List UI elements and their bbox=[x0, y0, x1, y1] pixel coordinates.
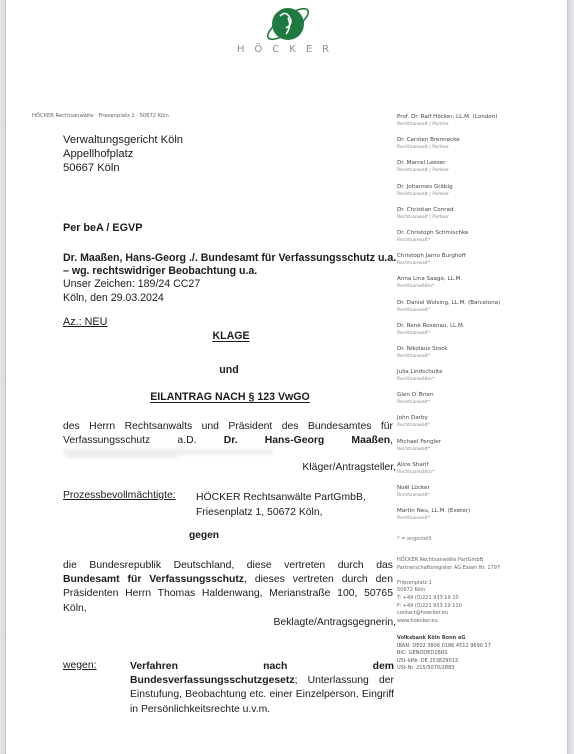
lawyer-list: Prof. Dr. Ralf Höcker, LL.M. (London)Rec… bbox=[397, 113, 557, 530]
lawyer-name: Dr. Carsten Brennecke bbox=[397, 136, 557, 144]
lawyer-entry: Dr. Marcel LeeserRechtsanwalt | Partner bbox=[397, 159, 557, 182]
lawyer-role: Rechtsanwalt* bbox=[397, 330, 557, 337]
firm-website: www.hoecker.eu bbox=[397, 618, 557, 626]
lawyer-entry: Glen O´BrienRechtsanwalt* bbox=[397, 391, 557, 414]
lawyer-name: Dr. Nikolaus Stock bbox=[397, 345, 557, 353]
counsel-label: Prozessbevollmächtigte: bbox=[63, 490, 176, 501]
lawyer-name: Dr. Marcel Leeser bbox=[397, 159, 557, 167]
page-frame-right bbox=[567, 0, 574, 754]
lawyer-entry: Alice SharifRechtsanwältin* bbox=[397, 461, 557, 484]
lawyer-role: Rechtsanwalt* bbox=[397, 515, 557, 522]
logo-wordmark: HÖCKER bbox=[228, 44, 348, 55]
bank-bic: BIC: GENODED1BRS bbox=[397, 650, 557, 657]
case-number: Az.: NEU bbox=[63, 316, 107, 328]
lawyer-name: Dr. Christoph Schmischke bbox=[397, 229, 557, 237]
lawyer-entry: Dr. Christoph SchmischkeRechtsanwalt* bbox=[397, 229, 557, 252]
title-gegen: gegen bbox=[34, 530, 374, 541]
lawyer-entry: Julia LindschulteRechtsanwältin* bbox=[397, 368, 557, 391]
lawyer-role: Rechtsanwalt* bbox=[397, 446, 557, 453]
plaintiff-text-post: , bbox=[390, 435, 393, 446]
lawyer-role: Rechtsanwältin* bbox=[397, 376, 557, 383]
lawyer-entry: Dr. Daniel Wolsing, LL.M. (Barcelona)Rec… bbox=[397, 299, 557, 322]
lawyer-entry: Noël LückerRechtsanwalt* bbox=[397, 484, 557, 507]
defendant-description: die Bundesrepublik Deutschland, diese ve… bbox=[63, 559, 393, 616]
recipient-line-1: Verwaltungsgericht Köln bbox=[63, 133, 183, 147]
title-und: und bbox=[59, 364, 399, 376]
subject-line-2: – wg. rechtswidriger Beobachtung u.a. bbox=[63, 265, 396, 278]
lawyer-role: Rechtsanwältin* bbox=[397, 283, 557, 290]
lawyer-entry: Prof. Dr. Ralf Höcker, LL.M. (London)Rec… bbox=[397, 113, 557, 136]
firm-address: Friesenplatz 1 50672 Köln T: +49 (0)221 … bbox=[397, 580, 557, 626]
lawyer-name: Dr. René Rosenau, LL.M. bbox=[397, 322, 557, 330]
title-klage: KLAGE bbox=[61, 330, 401, 342]
lawyer-name: Glen O´Brien bbox=[397, 391, 557, 399]
sender-return-address: HÖCKER Rechtsanwälte · Friesenplatz 1 · … bbox=[32, 113, 169, 119]
lawyer-entry: Dr. René Rosenau, LL.M.Rechtsanwalt* bbox=[397, 322, 557, 345]
page-frame-left bbox=[0, 0, 6, 754]
counsel-text: HÖCKER Rechtsanwälte PartGmbB, Friesenpl… bbox=[196, 490, 394, 520]
title-eilantrag: EILANTRAG NACH § 123 VwGO bbox=[60, 391, 400, 403]
lawyer-name: Martin Neu, LL.M. (Exeter) bbox=[397, 507, 557, 515]
lawyer-entry: John DarbyRechtsanwalt* bbox=[397, 414, 557, 437]
lawyer-name: Prof. Dr. Ralf Höcker, LL.M. (London) bbox=[397, 113, 557, 121]
footnote: * = angestellt bbox=[397, 536, 557, 542]
redacted-address-line bbox=[63, 449, 273, 455]
bank-name: Volksbank Köln Bonn eG bbox=[397, 635, 557, 642]
letter-date: Köln, den 29.03.2024 bbox=[63, 292, 396, 305]
defendant-name: Bundesamt für Verfassungsschutz bbox=[63, 574, 244, 585]
firm-city: 50672 Köln bbox=[397, 587, 557, 595]
lawyer-role: Rechtsanwalt* bbox=[397, 237, 557, 244]
lawyer-entry: Michael FenglerRechtsanwalt* bbox=[397, 438, 557, 461]
plaintiff-description: des Herrn Rechtsanwalts und Präsident de… bbox=[63, 420, 393, 463]
lawyer-role: Rechtsanwalt | Partner bbox=[397, 214, 557, 221]
firm-email: contact@hoecker.eu bbox=[397, 610, 557, 618]
firm-phone: T: +49 (0)221 933 19 10 bbox=[397, 595, 557, 603]
plaintiff-role: Kläger/Antragsteller, bbox=[302, 462, 396, 473]
defendant-text: die Bundesrepublik Deutschland, diese ve… bbox=[63, 560, 393, 571]
lawyer-entry: Christoph Jarno BurghoffRechtsanwalt* bbox=[397, 252, 557, 275]
firm-street: Friesenplatz 1 bbox=[397, 580, 557, 588]
lawyer-entry: Dr. Johannes GräbigRechtsanwalt | Partne… bbox=[397, 183, 557, 206]
lawyer-role: Rechtsanwalt* bbox=[397, 260, 557, 267]
lawyer-name: John Darby bbox=[397, 414, 557, 422]
lawyer-name: Dr. Christian Conrad bbox=[397, 206, 557, 214]
lawyer-role: Rechtsanwalt* bbox=[397, 492, 557, 499]
lawyer-role: Rechtsanwalt* bbox=[397, 353, 557, 360]
vat-id: USt-IdNr. DE 253829013 bbox=[397, 658, 557, 665]
lawyer-role: Rechtsanwalt* bbox=[397, 399, 557, 406]
firm-register: Partnerschaftsregister AG Essen Nr. 1797 bbox=[397, 565, 557, 572]
bank-iban: IBAN: DE02 3806 0186 4512 9690 17 bbox=[397, 643, 557, 650]
lawyer-name: Anna Lina Saage, LL.M. bbox=[397, 275, 557, 283]
lawyer-role: Rechtsanwalt | Partner bbox=[397, 144, 557, 151]
matter-label: wegen: bbox=[63, 660, 97, 671]
defendant-role: Beklagte/Antragsgegnerin, bbox=[274, 617, 396, 628]
firm-sidebar: Prof. Dr. Ralf Höcker, LL.M. (London)Rec… bbox=[397, 113, 557, 672]
plaintiff-name: Dr. Hans-Georg Maaßen bbox=[224, 435, 390, 446]
lawyer-entry: Dr. Christian ConradRechtsanwalt | Partn… bbox=[397, 206, 557, 229]
delivery-method: Per beA / EGVP bbox=[63, 222, 142, 234]
lawyer-role: Rechtsanwalt* bbox=[397, 307, 557, 314]
lawyer-entry: Dr. Carsten BrenneckeRechtsanwalt | Part… bbox=[397, 136, 557, 159]
lawyer-name: Dr. Daniel Wolsing, LL.M. (Barcelona) bbox=[397, 299, 557, 307]
firm-fax: F: +49 (0)221 933 19 110 bbox=[397, 603, 557, 611]
bank-info: Volksbank Köln Bonn eG IBAN: DE02 3806 0… bbox=[397, 635, 557, 672]
lawyer-entry: Anna Lina Saage, LL.M.Rechtsanwältin* bbox=[397, 275, 557, 298]
tax-number: USt-Nr. 215/5070/2883 bbox=[397, 665, 557, 672]
lawyer-name: Michael Fengler bbox=[397, 438, 557, 446]
recipient-address: Verwaltungsgericht Köln Appellhofplatz 5… bbox=[63, 133, 183, 176]
lawyer-role: Rechtsanwalt | Partner bbox=[397, 191, 557, 198]
firm-name: HÖCKER Rechtsanwälte PartGmbB bbox=[397, 557, 557, 564]
lawyer-name: Dr. Johannes Gräbig bbox=[397, 183, 557, 191]
lawyer-name: Noël Lücker bbox=[397, 484, 557, 492]
lawyer-role: Rechtsanwalt* bbox=[397, 422, 557, 429]
lawyer-entry: Martin Neu, LL.M. (Exeter)Rechtsanwalt* bbox=[397, 507, 557, 530]
subject-line-1: Dr. Maaßen, Hans-Georg ./. Bundesamt für… bbox=[63, 252, 396, 265]
lawyer-role: Rechtsanwalt | Partner bbox=[397, 121, 557, 128]
lawyer-role: Rechtsanwalt | Partner bbox=[397, 167, 557, 174]
firm-info: HÖCKER Rechtsanwälte PartGmbB Partnersch… bbox=[397, 557, 557, 571]
lawyer-name: Julia Lindschulte bbox=[397, 368, 557, 376]
lawyer-entry: Dr. Nikolaus StockRechtsanwalt* bbox=[397, 345, 557, 368]
recipient-line-3: 50667 Köln bbox=[63, 161, 183, 175]
recipient-line-2: Appellhofplatz bbox=[63, 147, 183, 161]
reference-number: Unser Zeichen: 189/24 CC27 bbox=[63, 278, 396, 291]
matter-text: Verfahren nach dem Bundesverfassungsschu… bbox=[130, 660, 394, 717]
subject-block: Dr. Maaßen, Hans-Georg ./. Bundesamt für… bbox=[63, 252, 396, 305]
lawyer-role: Rechtsanwältin* bbox=[397, 469, 557, 476]
lawyer-name: Christoph Jarno Burghoff bbox=[397, 252, 557, 260]
lawyer-name: Alice Sharif bbox=[397, 461, 557, 469]
